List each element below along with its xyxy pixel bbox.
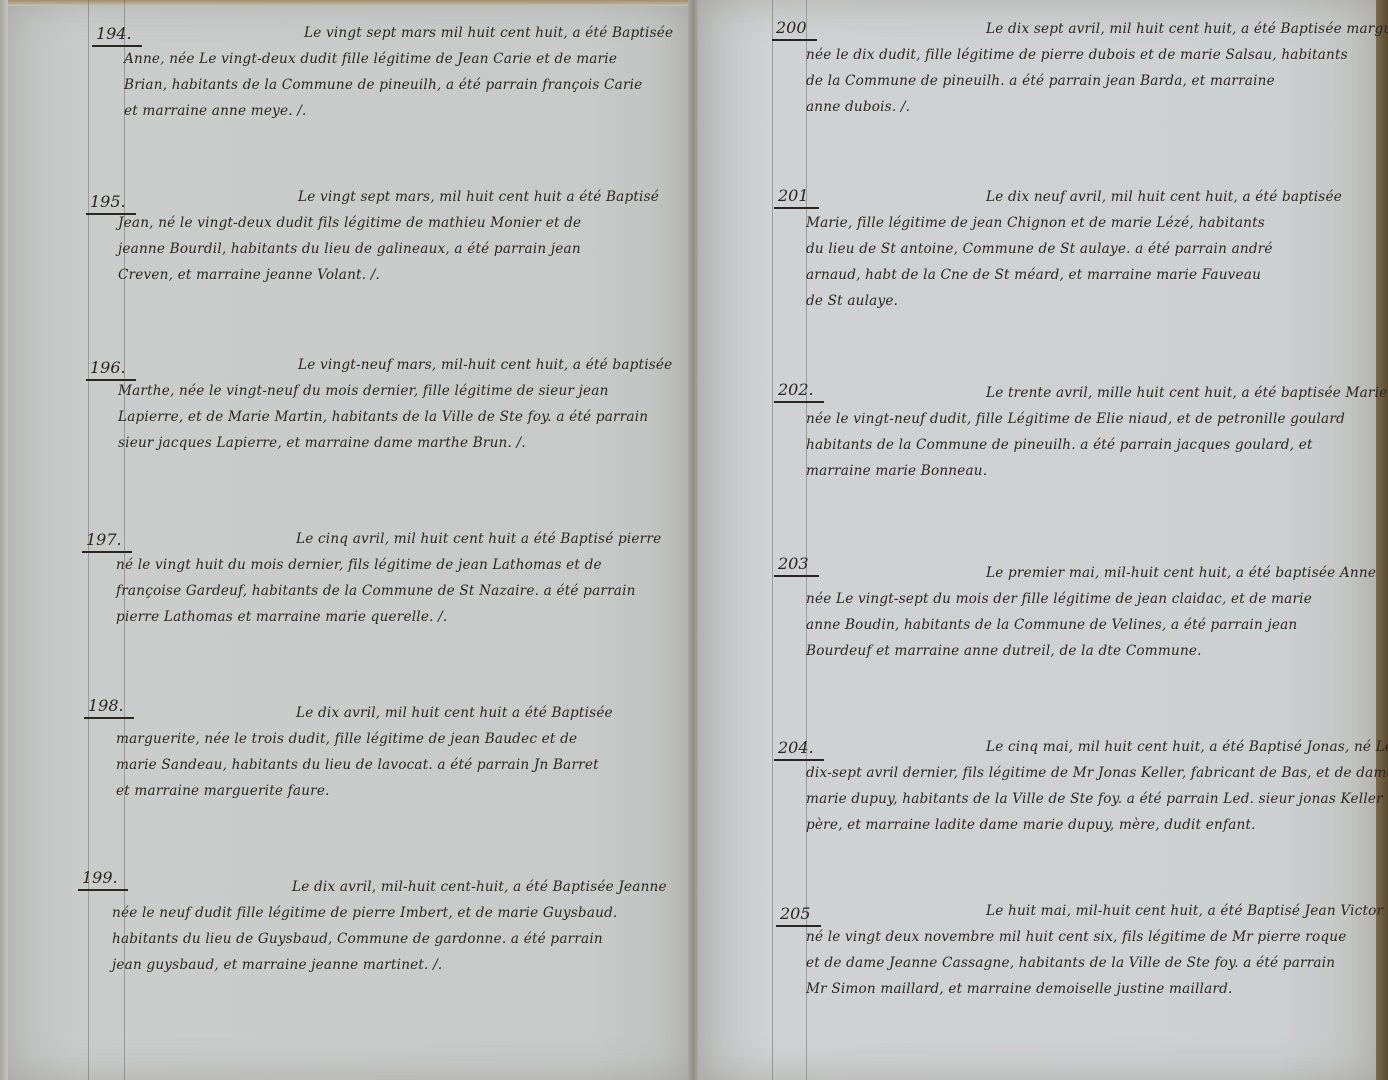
entry-text: Le huit mai, mil-huit cent huit, a été B… [806, 898, 1383, 1002]
entry-line: jeanne Bourdil, habitants du lieu de gal… [118, 236, 659, 262]
entry-text: Le cinq mai, mil huit cent huit, a été B… [806, 734, 1388, 838]
entry-line: Le vingt sept mars mil huit cent huit, a… [124, 20, 673, 46]
entry-line: Lapierre, et de Marie Martin, habitants … [118, 404, 672, 430]
entry-line: Le vingt sept mars, mil huit cent huit a… [118, 184, 659, 210]
entry-text: Le dix avril, mil-huit cent-huit, a été … [112, 874, 667, 978]
entry-line: anne dubois. /. [806, 94, 1388, 120]
entry-line: arnaud, habt de la Cne de St méard, et m… [806, 262, 1342, 288]
entry-text: Le vingt sept mars mil huit cent huit, a… [124, 20, 673, 124]
entry-line: pierre Lathomas et marraine marie querel… [116, 604, 661, 630]
entry-line: né le vingt deux novembre mil huit cent … [806, 924, 1383, 950]
entry-line: née Le vingt-sept du mois der fille légi… [806, 586, 1376, 612]
entry-line: et de dame Jeanne Cassagne, habitants de… [806, 950, 1383, 976]
entry-line: habitants du lieu de Guysbaud, Commune d… [112, 926, 667, 952]
entry-line: habitants de la Commune de pineuilh. a é… [806, 432, 1387, 458]
entry-text: Le vingt sept mars, mil huit cent huit a… [118, 184, 659, 288]
entry-line: Le dix avril, mil huit cent huit a été B… [116, 700, 613, 726]
entry-text: Le dix avril, mil huit cent huit a été B… [116, 700, 613, 804]
entry-text: Le premier mai, mil-huit cent huit, a ét… [806, 560, 1376, 664]
entry-line: et marraine anne meye. /. [124, 98, 673, 124]
entry-line: Le huit mai, mil-huit cent huit, a été B… [806, 898, 1383, 924]
entry-line: Marie, fille légitime de jean Chignon et… [806, 210, 1342, 236]
entry-line: père, et marraine ladite dame marie dupu… [806, 812, 1388, 838]
entry-line: du lieu de St antoine, Commune de St aul… [806, 236, 1342, 262]
page-left-edge [0, 0, 8, 1080]
entry-line: marraine marie Bonneau. [806, 458, 1387, 484]
entry-text: Le vingt-neuf mars, mil-huit cent huit, … [118, 352, 672, 456]
entry-line: jean guysbaud, et marraine jeanne martin… [112, 952, 667, 978]
entry-line: françoise Gardeuf, habitants de la Commu… [116, 578, 661, 604]
entry-line: et marraine marguerite faure. [116, 778, 613, 804]
entry-line: née le vingt-neuf dudit, fille Légitime … [806, 406, 1387, 432]
entry-line: Marthe, née le vingt-neuf du mois dernie… [118, 378, 672, 404]
entry-line: Le dix neuf avril, mil huit cent huit, a… [806, 184, 1342, 210]
entry-text: Le dix sept avril, mil huit cent huit, a… [806, 16, 1388, 120]
entry-line: dix-sept avril dernier, fils légitime de… [806, 760, 1388, 786]
entry-line: marie Sandeau, habitants du lieu de lavo… [116, 752, 613, 778]
entry-line: Le cinq avril, mil huit cent huit a été … [116, 526, 661, 552]
entry-line: sieur jacques Lapierre, et marraine dame… [118, 430, 672, 456]
entry-line: Jean, né le vingt-deux dudit fils légiti… [118, 210, 659, 236]
entry-line: Le vingt-neuf mars, mil-huit cent huit, … [118, 352, 672, 378]
book-gutter [688, 0, 698, 1080]
entry-line: de la Commune de pineuilh. a été parrain… [806, 68, 1388, 94]
page-top-edge [0, 0, 690, 6]
entry-text: Le dix neuf avril, mil huit cent huit, a… [806, 184, 1342, 314]
margin-rule-right-outer [772, 0, 773, 1080]
entry-line: née le dix dudit, fille légitime de pier… [806, 42, 1388, 68]
entry-line: Le cinq mai, mil huit cent huit, a été B… [806, 734, 1388, 760]
entry-line: Le premier mai, mil-huit cent huit, a ét… [806, 560, 1376, 586]
register-spread: 194. Le vingt sept mars mil huit cent hu… [0, 0, 1388, 1080]
entry-line: de St aulaye. [806, 288, 1342, 314]
entry-text: Le cinq avril, mil huit cent huit a été … [116, 526, 661, 630]
entry-line: Anne, née Le vingt-deux dudit fille légi… [124, 46, 673, 72]
entry-line: Creven, et marraine jeanne Volant. /. [118, 262, 659, 288]
entry-line: anne Boudin, habitants de la Commune de … [806, 612, 1376, 638]
entry-line: Le dix avril, mil-huit cent-huit, a été … [112, 874, 667, 900]
entry-line: Brian, habitants de la Commune de pineui… [124, 72, 673, 98]
entry-line: Le dix sept avril, mil huit cent huit, a… [806, 16, 1388, 42]
entry-line: marguerite, née le trois dudit, fille lé… [116, 726, 613, 752]
entry-line: Bourdeuf et marraine anne dutreil, de la… [806, 638, 1376, 664]
entry-line: né le vingt huit du mois dernier, fils l… [116, 552, 661, 578]
entry-text: Le trente avril, mille huit cent huit, a… [806, 380, 1387, 484]
entry-line: Le trente avril, mille huit cent huit, a… [806, 380, 1387, 406]
entry-line: Mr Simon maillard, et marraine demoisell… [806, 976, 1383, 1002]
entry-line: marie dupuy, habitants de la Ville de St… [806, 786, 1388, 812]
entry-line: née le neuf dudit fille légitime de pier… [112, 900, 667, 926]
